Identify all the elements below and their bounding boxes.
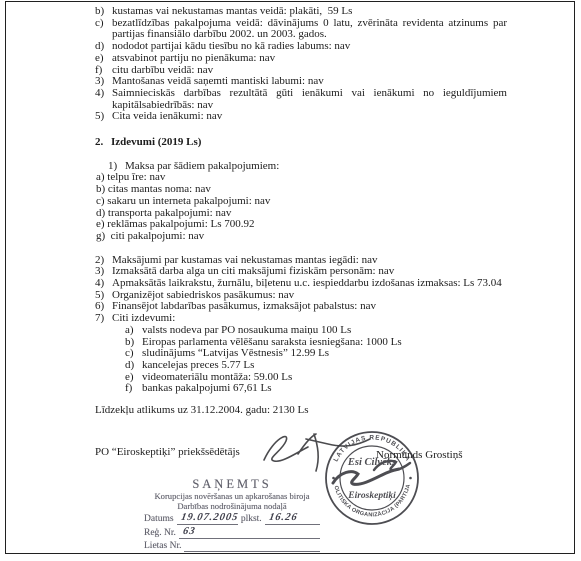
chairman-role-label: PO “Eiroskeptiķi” priekšsēdētājs (95, 447, 240, 459)
item-text: Mantošanas veidā saņemti mantiski labumi… (112, 75, 324, 87)
item-label: c) (95, 18, 112, 30)
list-item: g) citi pakalpojumi: nav (96, 231, 507, 243)
item-text: citu darbību veidā: nav (112, 64, 213, 76)
item-label: 4) (95, 278, 112, 290)
time-label: plkst. (241, 513, 262, 525)
item-text: bankas pakalpojumi 67,61 Ls (142, 382, 272, 394)
list-item: 5)Cita veida ienākumi: nav (95, 111, 507, 123)
handwritten-time: 16.26 (264, 512, 299, 524)
handwritten-date: 19.07.2005 (176, 512, 239, 524)
item-text: Cita veida ienākumi: nav (112, 110, 222, 122)
list-item: c) sakaru un interneta pakalpojumi: nav (96, 196, 507, 208)
other-expenses-list: a)valsts nodeva par PO nosaukuma maiņu 1… (95, 325, 507, 395)
item-label: f) (125, 383, 142, 395)
expenses-section-heading: 2.Izdevumi (2019 Ls) (95, 137, 507, 149)
item-text: sludinājums “Latvijas Vēstnesis” 12.99 L… (142, 347, 329, 359)
received-stamp-date-row: Datums19.07.2005plkst.16.26 (144, 512, 320, 525)
item-text: Finansējot labdarības pasākumus, izmaksā… (112, 300, 376, 312)
item-text: Organizējot sabiedriskos pasākumus: nav (112, 289, 294, 301)
item-label: a) (125, 325, 142, 337)
expenses-list: 2)Maksājumi par kustamas vai nekustamas … (95, 255, 507, 325)
date-label: Datums (144, 513, 174, 525)
item-label: e) (95, 53, 112, 65)
received-stamp: SAŅEMTS Korupcijas novēršanas un apkaroš… (144, 478, 320, 552)
item-label: 5) (95, 111, 112, 123)
item-text: valsts nodeva par PO nosaukuma maiņu 100… (142, 324, 351, 336)
heading-number: 2. (95, 137, 111, 149)
item-text: bezatlīdzības pakalpojuma veidā: dāvināj… (112, 17, 507, 41)
list-item: 4)Saimnieciskās darbības rezultātā gūti … (95, 88, 507, 111)
received-stamp-org-line2: Darbības nodrošinājuma nodaļā (144, 501, 320, 511)
item-text: videomateriālu montāža: 59.00 Ls (142, 371, 292, 383)
item-text: Eiropas parlamenta vēlēšanu saraksta ies… (142, 336, 402, 348)
stamp-party-name-text: Eiroskeptiķi (347, 491, 396, 501)
item-text: Saimnieciskās darbības rezultātā gūti ie… (112, 87, 507, 111)
item-label: 7) (95, 313, 112, 325)
stamp-slogan-text: Esi Cilvēks (347, 457, 396, 468)
item-text: Izmaksātā darba alga un citi maksājumi f… (112, 265, 394, 277)
received-stamp-org-line1: Korupcijas novēršanas un apkarošanas bir… (144, 491, 320, 501)
item-label: 4) (95, 88, 112, 100)
received-stamp-reg-row: Reģ. Nr.63 (144, 526, 320, 539)
item-text: Apmaksātās laikrakstu, žurnālu, biļetenu… (112, 277, 502, 289)
party-round-stamp: LATVIJAS REPUBLIKA POLITISKA ORGANIZĀCIJ… (322, 428, 422, 528)
list-item: c)bezatlīdzības pakalpojuma veidā: dāvin… (95, 18, 507, 41)
item-text: kancelejas preces 5.77 Ls (142, 359, 254, 371)
scanned-document-page: b)kustamas vai nekustamas mantas veidā: … (0, 0, 581, 561)
item-label: b) (95, 6, 112, 18)
item-text: Maksājumi par kustamas vai nekustamas ma… (112, 254, 377, 266)
stamp-side-dot-right (409, 477, 412, 480)
services-list: a) telpu īre: nav b) citas mantas noma: … (95, 172, 507, 242)
item-text: atsvabinot partiju no pienākuma: nav (112, 52, 275, 64)
item-text: Maksa par šādiem pakalpojumiem: (125, 160, 279, 172)
heading-title: Izdevumi (2019 Ls) (111, 136, 201, 148)
case-label: Lietas Nr. (144, 540, 181, 552)
list-item: f)bankas pakalpojumi 67,61 Ls (95, 383, 507, 395)
received-stamp-case-row: Lietas Nr. (144, 540, 320, 552)
item-text: kustamas vai nekustamas mantas veidā: pl… (112, 5, 352, 17)
balance-line: Līdzekļu atlikums uz 31.12.2004. gadu: 2… (95, 405, 507, 417)
reg-label: Reģ. Nr. (144, 527, 176, 539)
item-text: nododot partijai kādu tiesību no kā radi… (112, 40, 350, 52)
received-stamp-title: SAŅEMTS (144, 478, 320, 491)
handwritten-reg-number: 63 (178, 526, 197, 538)
item-label: d) (125, 360, 142, 372)
document-body: b)kustamas vai nekustamas mantas veidā: … (95, 6, 507, 417)
item-text: Citi izdevumi: (112, 312, 175, 324)
income-list: b)kustamas vai nekustamas mantas veidā: … (95, 6, 507, 123)
